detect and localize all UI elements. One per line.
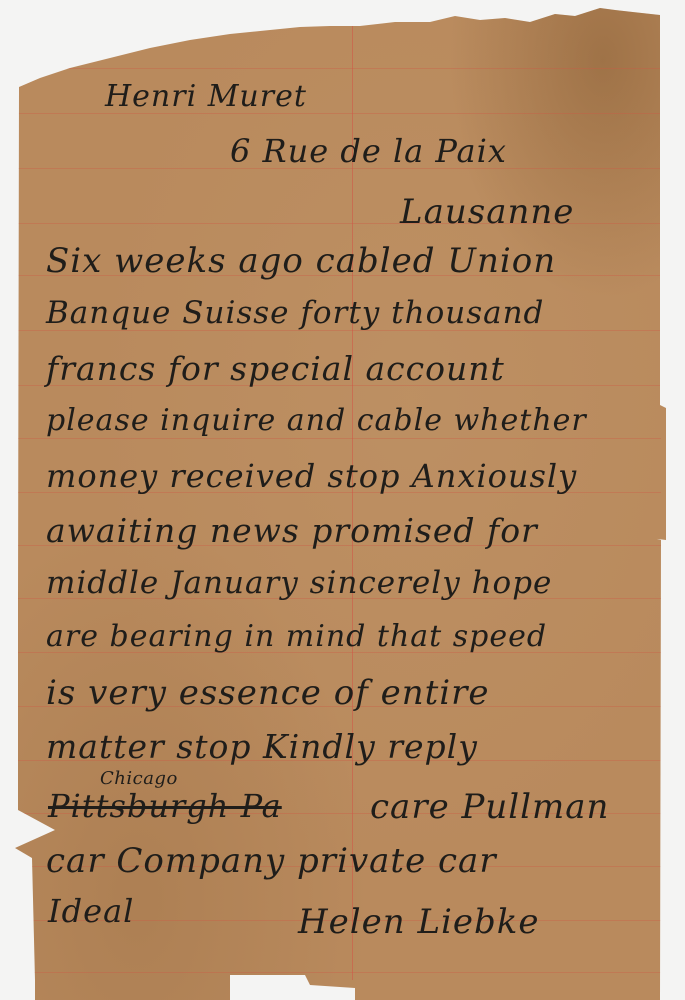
ruled-line xyxy=(18,438,661,439)
struck-out-text: Pittsburgh Pa xyxy=(48,790,282,822)
inserted-correction: Chicago xyxy=(100,770,178,788)
body-line: are bearing in mind that speed xyxy=(46,622,547,652)
body-line: Six weeks ago cabled Union xyxy=(46,244,556,278)
ruled-line xyxy=(18,68,661,69)
body-line: francs for special account xyxy=(46,352,505,385)
body-line: awaiting news promised for xyxy=(46,514,538,547)
addressee-name: Henri Muret xyxy=(105,82,307,112)
signature: Helen Liebke xyxy=(298,905,540,939)
body-line: car Company private car xyxy=(46,844,497,878)
address-street: 6 Rue de la Paix xyxy=(230,135,507,167)
body-line: money received stop Anxiously xyxy=(46,460,577,492)
body-line: middle January sincerely hope xyxy=(46,568,552,599)
letter-paper: Henri Muret 6 Rue de la Paix Lausanne Si… xyxy=(0,0,685,1000)
closing-word: Ideal xyxy=(48,895,134,927)
body-line: please inquire and cable whether xyxy=(46,406,587,436)
ruled-line xyxy=(18,972,661,973)
body-line: Banque Suisse forty thousand xyxy=(46,298,544,329)
address-city: Lausanne xyxy=(400,195,574,229)
body-line: matter stop Kindly reply xyxy=(46,730,478,763)
body-line: care Pullman xyxy=(370,790,609,824)
body-line: is very essence of entire xyxy=(46,676,490,710)
scan-background: Henri Muret 6 Rue de la Paix Lausanne Si… xyxy=(0,0,685,1000)
